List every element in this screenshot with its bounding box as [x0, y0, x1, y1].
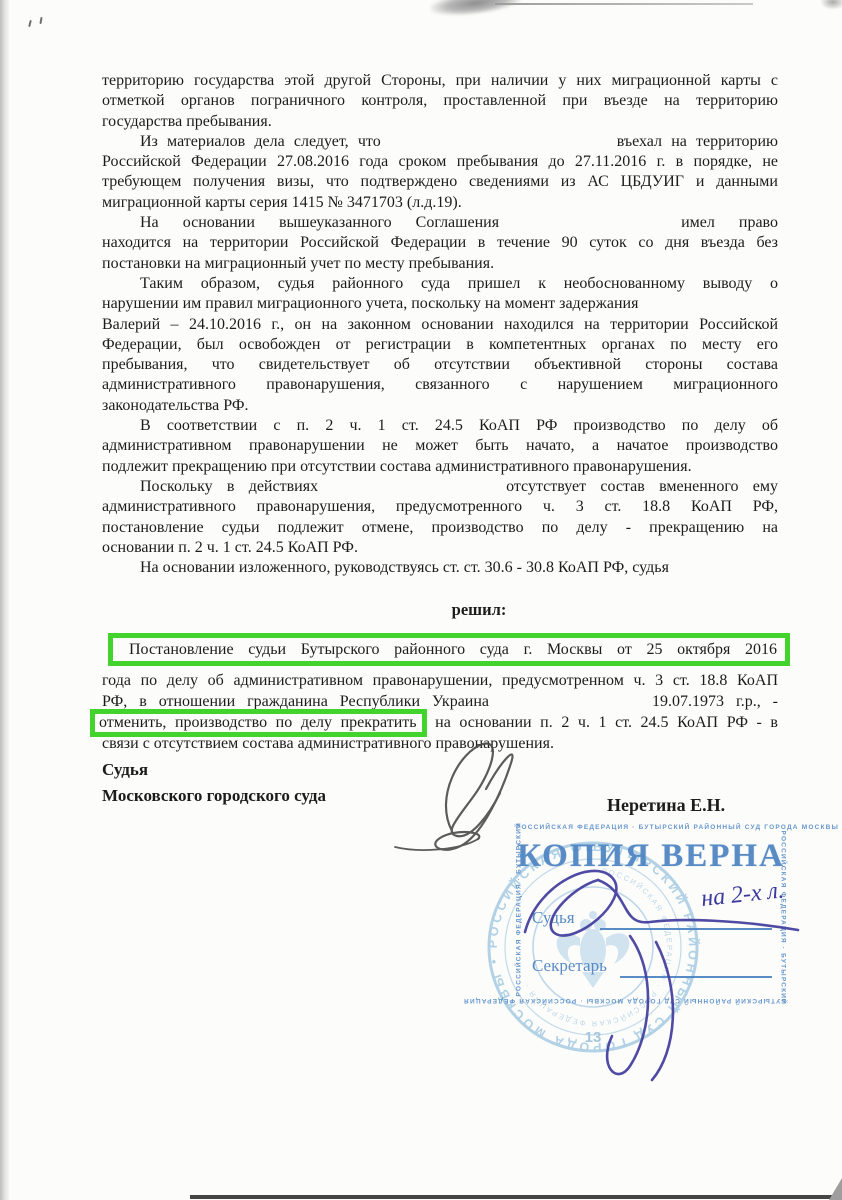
text-line: В соответствии с п. 2 ч. 1 ст. 24.5 КоАП…: [102, 416, 778, 436]
signature-role: Судья: [102, 757, 326, 783]
signature-block: Судья Московского городского суда: [102, 757, 326, 809]
text-line: Постановление судьи Бутырского районного…: [117, 639, 777, 660]
text-line: административного правонарушения, предус…: [102, 497, 778, 517]
resolved-heading: решил:: [102, 600, 778, 620]
text-line: основании п. 2 ч. 1 ст. 24.5 КоАП РФ.: [102, 538, 778, 558]
stamp-border-top: РОССИЙСКАЯ ФЕДЕРАЦИЯ · БУТЫРСКИЙ РАЙОННЫ…: [516, 824, 786, 831]
text-line: миграционной карты серия 1415 № 3471703 …: [102, 193, 778, 213]
redacted-name-gap: [489, 705, 652, 706]
text-line: подлежит прекращению при отсутствии сост…: [102, 457, 778, 477]
text-line: государства пребывания.: [102, 112, 778, 132]
text-line: отметкой органов пограничного контроля, …: [102, 91, 778, 111]
scan-artifact-bottom-line: [190, 1195, 842, 1199]
scan-artifact-corner: [820, 0, 842, 10]
text-line: Российской Федерации 27.08.2016 года сро…: [102, 152, 778, 172]
text-line: Валерий – 24.10.2016 г., он на законном …: [102, 315, 778, 335]
text-line: пребывания, что свидетельствует об отсут…: [102, 355, 778, 375]
text-line: отменить, производство по делу прекратит…: [102, 712, 778, 733]
text-line: требующем получения визы, что подтвержде…: [102, 172, 778, 192]
text-line: административном правонарушении не может…: [102, 436, 778, 456]
text-line: территорию государства этой другой Сторо…: [102, 71, 778, 91]
stamp-signatures: на 2-х л.: [480, 850, 830, 1090]
scan-artifact-tick: [39, 17, 42, 24]
text-line: нарушении им правил миграционного учета,…: [102, 294, 778, 314]
text-line: постановление судьи подлежит отмене, про…: [102, 518, 778, 538]
body-text: территорию государства этой другой Сторо…: [102, 71, 778, 578]
text-line: Из материалов дела следует, чтовъехал на…: [102, 132, 778, 152]
document-page: территорию государства этой другой Сторо…: [0, 0, 842, 1200]
text-line: Федерации, был освобожден от регистрации…: [102, 335, 778, 355]
sheets-note: на 2-х л.: [700, 877, 785, 912]
text-line: Таким образом, судья районного суда приш…: [102, 274, 778, 294]
judge-name: Неретина Е.Н.: [607, 795, 725, 816]
redacted-name-gap: [381, 145, 617, 146]
signature-court: Московского городского суда: [102, 783, 326, 809]
scan-artifact-left-edge: [0, 0, 9, 1200]
text-line: находится на территории Российской Федер…: [102, 233, 778, 253]
text-line: Поскольку в действияхотсутствует состав …: [102, 477, 778, 497]
redacted-name-gap: [499, 226, 681, 227]
text-line: На основании вышеуказанного Соглашенияим…: [102, 213, 778, 233]
text-line: административного правонарушения, связан…: [102, 375, 778, 395]
scan-artifact-top-line: [495, 3, 753, 5]
scan-artifact-tick: [28, 20, 32, 27]
text-line: постановки на миграционный учет по месту…: [102, 254, 778, 274]
green-highlight-box: Постановление судьи Бутырского районного…: [108, 633, 790, 666]
text-line: На основании изложенного, руководствуясь…: [102, 558, 778, 578]
text-line: года по делу об административном правона…: [102, 670, 778, 691]
text-line: законодательства РФ.: [102, 396, 778, 416]
scan-artifact-bottom-wedge: [829, 1178, 842, 1200]
redacted-name-gap: [318, 490, 506, 491]
